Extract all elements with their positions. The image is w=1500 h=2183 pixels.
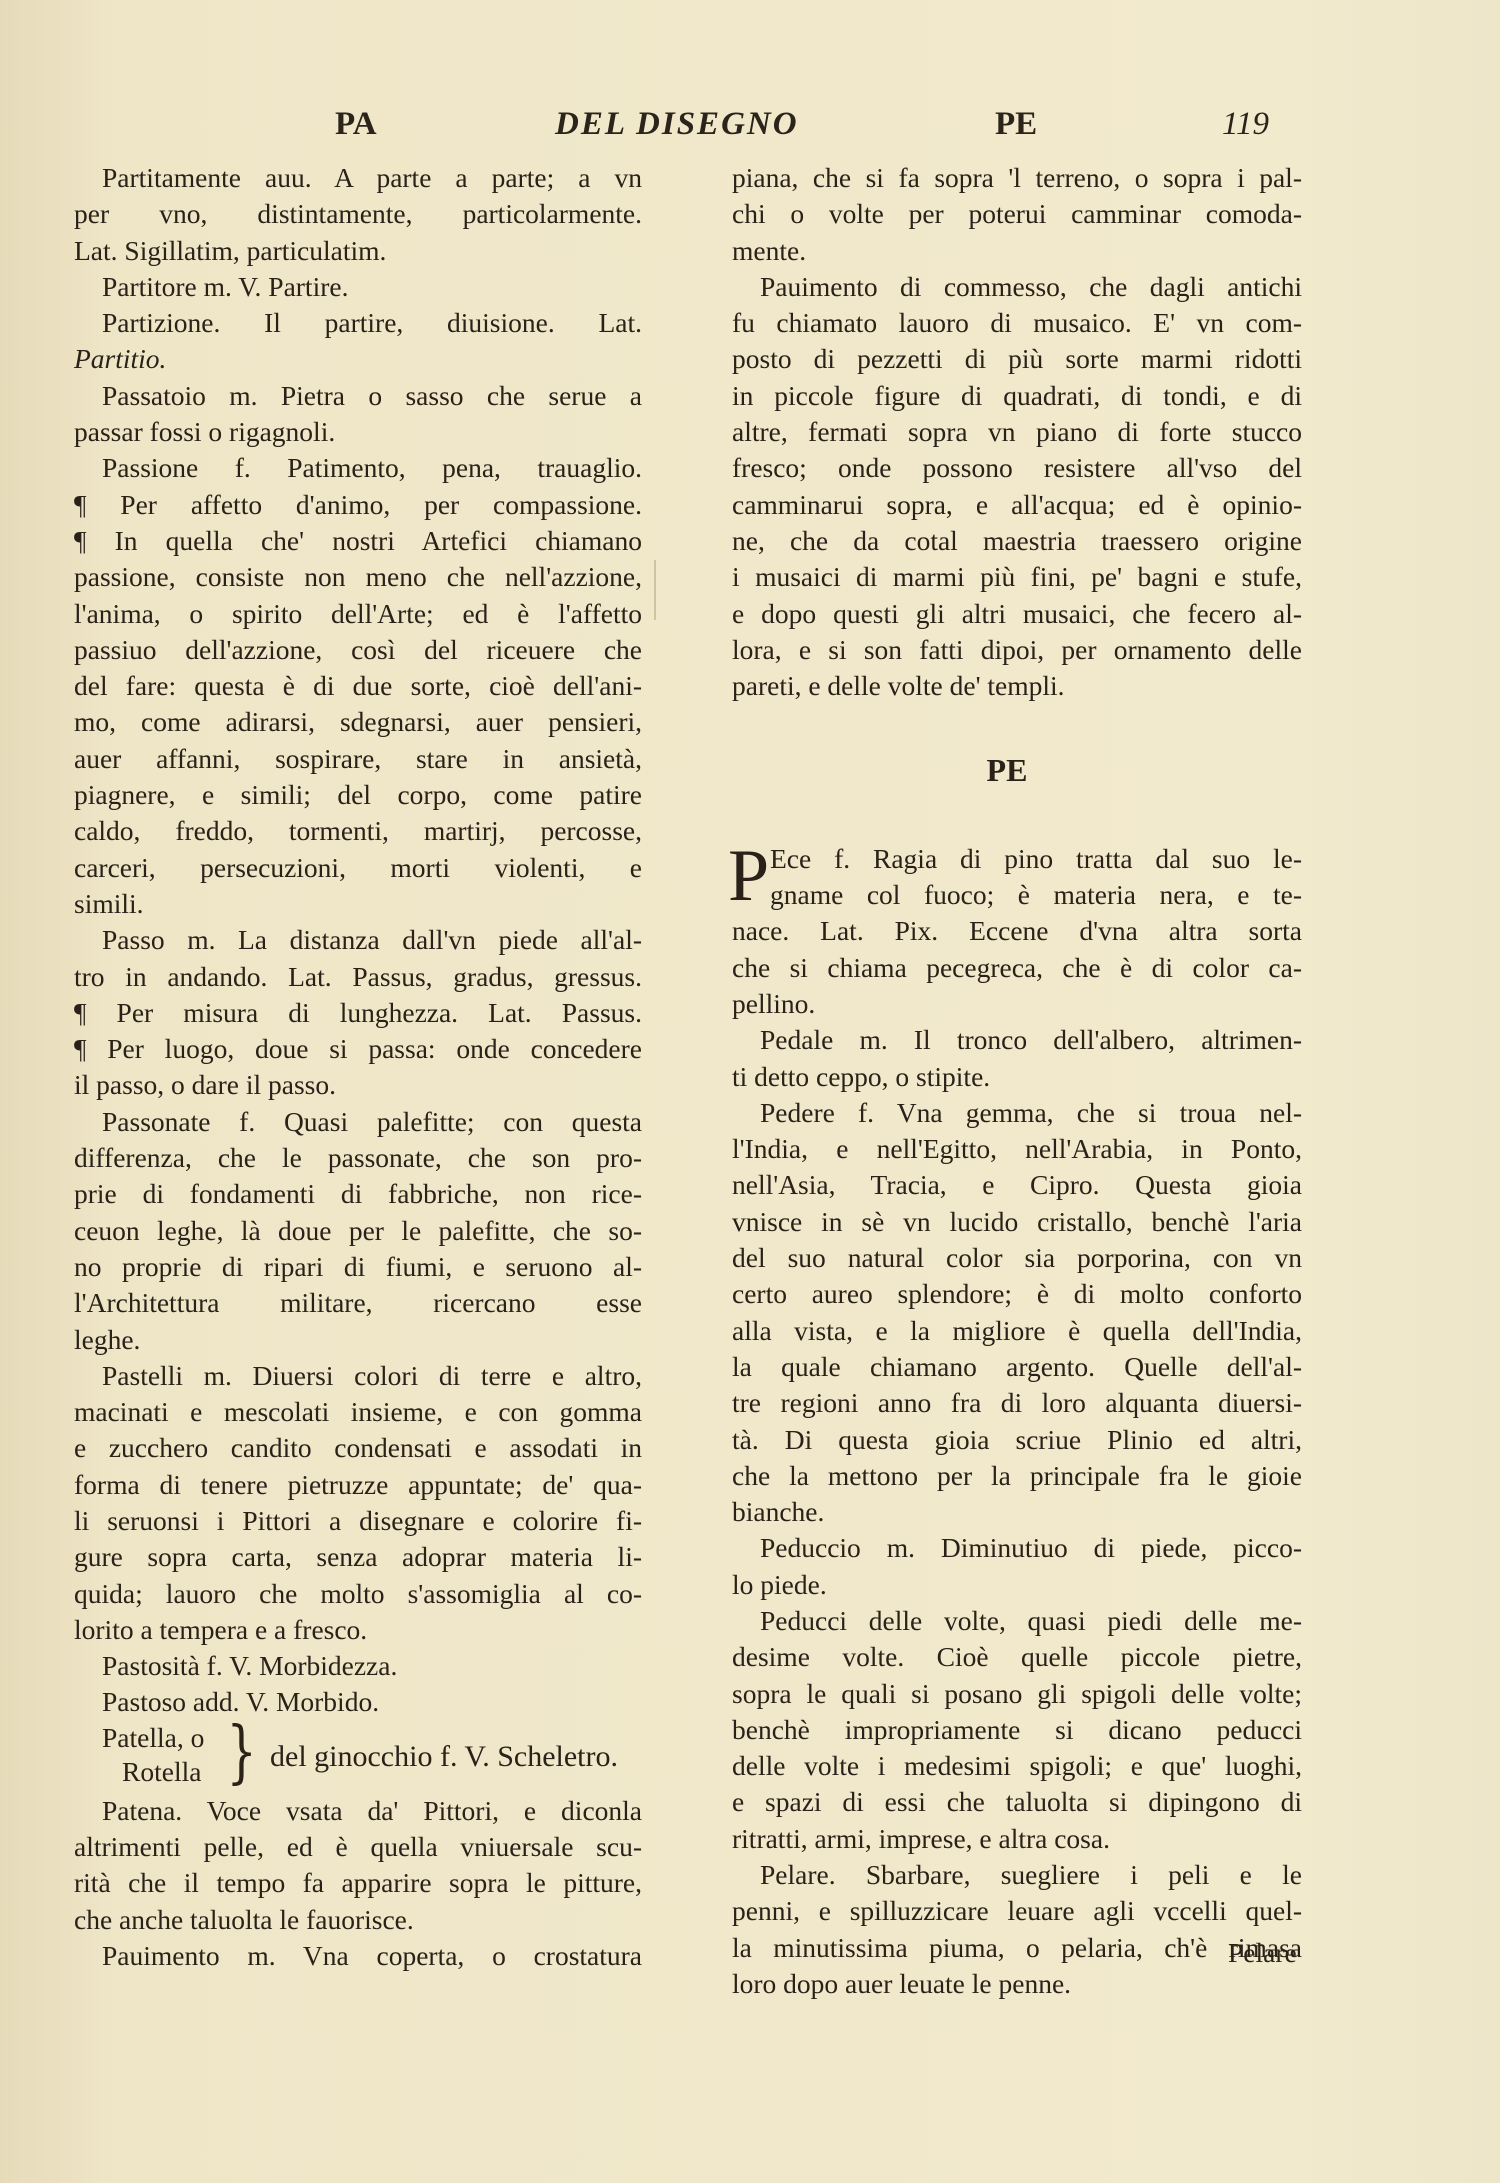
text-line: pareti, e delle volte de' templi. bbox=[732, 668, 1302, 704]
text-line: bianche. bbox=[732, 1494, 1302, 1530]
text-line: il passo, o dare il passo. bbox=[74, 1067, 642, 1103]
text-line: ritratti, armi, imprese, e altra cosa. bbox=[732, 1821, 1302, 1857]
text-line: desime volte. Cioè quelle piccole pietre… bbox=[732, 1639, 1302, 1675]
text-line: fu chiamato lauoro di musaico. E' vn com… bbox=[732, 305, 1302, 341]
subsense-line: ¶ Per luogo, doue si passa: onde concede… bbox=[74, 1031, 642, 1067]
text-line: sopra le quali si posano gli spigoli del… bbox=[732, 1676, 1302, 1712]
text-line: per vno, distintamente, particolarmente. bbox=[74, 196, 642, 232]
text-line: prie di fondamenti di fabbriche, non ric… bbox=[74, 1176, 642, 1212]
text-line: lorito a tempera e a fresco. bbox=[74, 1612, 642, 1648]
page-number: 119 bbox=[1222, 106, 1269, 143]
text-line: che si chiama pecegreca, che è di color … bbox=[732, 950, 1302, 986]
text-line: tà. Di questa gioia scriue Plinio ed alt… bbox=[732, 1422, 1302, 1458]
term-rotella: Rotella bbox=[102, 1755, 204, 1789]
entry-pedale: Pedale m. Il tronco dell'albero, altrime… bbox=[732, 1022, 1302, 1058]
running-head-left-letters: PA bbox=[335, 106, 377, 143]
text-line: tre regioni anno fra di loro alquanta di… bbox=[732, 1385, 1302, 1421]
text-line: alla vista, e la migliore è quella dell'… bbox=[732, 1313, 1302, 1349]
text-line: e dopo questi gli altri musaici, che fec… bbox=[732, 596, 1302, 632]
text-line: ti detto ceppo, o stipite. bbox=[732, 1059, 1302, 1095]
text-line: tro in andando. Lat. Passus, gradus, gre… bbox=[74, 959, 642, 995]
text-line: loro dopo auer leuate le penne. bbox=[732, 1966, 1302, 2002]
running-head-title: DEL DISEGNO bbox=[555, 106, 799, 143]
entry-patella-rotella: Patella, o Rotella } del ginocchio f. V.… bbox=[74, 1721, 642, 1793]
subsense-line: ¶ In quella che' nostri Artefici chiaman… bbox=[74, 523, 642, 559]
text-line: del suo natural color sia porporina, con… bbox=[732, 1240, 1302, 1276]
text-line: passar fossi o rigagnoli. bbox=[74, 414, 642, 450]
text-line: passiuo dell'azzione, così del riceuere … bbox=[74, 632, 642, 668]
entry-peducci: Peducci delle volte, quasi piedi delle m… bbox=[732, 1603, 1302, 1639]
entry-partitore: Partitore m. V. Partire. bbox=[74, 269, 642, 305]
entry-partizione: Partizione. Il partire, diuisione. Lat. bbox=[74, 305, 642, 341]
running-head-right-letters: PE bbox=[995, 106, 1037, 143]
text-line: li seruonsi i Pittori a disegnare e colo… bbox=[74, 1503, 642, 1539]
text-line: rità che il tempo fa apparire sopra le p… bbox=[74, 1865, 642, 1901]
text-line: fresco; onde possono resistere all'vso d… bbox=[732, 450, 1302, 486]
term-patella: Patella, o bbox=[102, 1721, 204, 1755]
text-line: quida; lauoro che molto s'assomiglia al … bbox=[74, 1576, 642, 1612]
text-line: delle volte i medesimi spigoli; e que' l… bbox=[732, 1748, 1302, 1784]
entry-pece: P Ece f. Ragia di pino tratta dal suo le… bbox=[732, 841, 1302, 914]
text-line: Ece f. Ragia di pino tratta dal suo le- bbox=[770, 841, 1302, 877]
catchword: Pelare bbox=[1228, 1937, 1297, 1969]
text-line: gname col fuoco; è materia nera, e te- bbox=[770, 877, 1302, 913]
entry-pedere: Pedere f. Vna gemma, che si troua nel- bbox=[732, 1095, 1302, 1131]
curly-brace-icon: } bbox=[226, 1717, 256, 1789]
drop-cap: P bbox=[728, 843, 769, 909]
text-line: la quale chiamano argento. Quelle dell'a… bbox=[732, 1349, 1302, 1385]
left-column: Partitamente auu. A parte a parte; a vn … bbox=[74, 160, 642, 1974]
text-line: e zucchero candito condensati e assodati… bbox=[74, 1430, 642, 1466]
text-line: che anche taluolta le fauorisce. bbox=[74, 1902, 642, 1938]
text-line: simili. bbox=[74, 886, 642, 922]
text-line: ceuon leghe, là doue per le palefitte, c… bbox=[74, 1213, 642, 1249]
text-line: i musaici di marmi più fini, pe' bagni e… bbox=[732, 559, 1302, 595]
text-line: in piccole figure di quadrati, di tondi,… bbox=[732, 378, 1302, 414]
entry-pastoso: Pastoso add. V. Morbido. bbox=[74, 1684, 642, 1720]
text-line: la minutissima piuma, o pelaria, ch'è ri… bbox=[732, 1930, 1302, 1966]
text-line: differenza, che le passonate, che son pr… bbox=[74, 1140, 642, 1176]
subsense-line: ¶ Per affetto d'animo, per compassione. bbox=[74, 487, 642, 523]
text-line: chi o volte per poterui camminar comoda- bbox=[732, 196, 1302, 232]
text-line: posto di pezzetti di più sorte marmi rid… bbox=[732, 341, 1302, 377]
entry-pastosita: Pastosità f. V. Morbidezza. bbox=[74, 1648, 642, 1684]
text-line: lora, e si son fatti dipoi, per ornament… bbox=[732, 632, 1302, 668]
running-head: PA DEL DISEGNO PE 119 bbox=[0, 106, 1500, 146]
text-line: macinati e mescolati insieme, e con gomm… bbox=[74, 1394, 642, 1430]
text-line: auer affanni, sospirare, stare in ansiet… bbox=[74, 741, 642, 777]
text-line: mente. bbox=[732, 233, 1302, 269]
text-line: l'anima, o spirito dell'Arte; ed è l'aff… bbox=[74, 596, 642, 632]
text-line: che la mettono per la principale fra le … bbox=[732, 1458, 1302, 1494]
entry-pauimento: Pauimento m. Vna coperta, o crostatura bbox=[74, 1938, 642, 1974]
right-column: piana, che si fa sopra 'l terreno, o sop… bbox=[732, 160, 1302, 2002]
text-line: altrimenti pelle, ed è quella vniuersale… bbox=[74, 1829, 642, 1865]
text-line: certo aureo splendore; è di molto confor… bbox=[732, 1276, 1302, 1312]
text-line: gure sopra carta, senza adoprar materia … bbox=[74, 1539, 642, 1575]
entry-partitamente: Partitamente auu. A parte a parte; a vn bbox=[74, 160, 642, 196]
text-line: benchè impropriamente si dicano peducci bbox=[732, 1712, 1302, 1748]
text-line: carceri, persecuzioni, morti violenti, e bbox=[74, 850, 642, 886]
text-line: l'India, e nell'Egitto, nell'Arabia, in … bbox=[732, 1131, 1302, 1167]
text-line: del fare: questa è di due sorte, cioè de… bbox=[74, 668, 642, 704]
section-heading: PE bbox=[732, 752, 1302, 788]
text-line: Partitio. bbox=[74, 341, 642, 377]
text-line: caldo, freddo, tormenti, martirj, percos… bbox=[74, 813, 642, 849]
book-page: PA DEL DISEGNO PE 119 Partitamente auu. … bbox=[0, 0, 1500, 2183]
text-line: mo, come adirarsi, sdegnarsi, auer pensi… bbox=[74, 704, 642, 740]
text-line: forma di tenere pietruzze appuntate; de'… bbox=[74, 1467, 642, 1503]
text-line: passione, consiste non meno che nell'azz… bbox=[74, 559, 642, 595]
entry-patena: Patena. Voce vsata da' Pittori, e diconl… bbox=[74, 1793, 642, 1829]
text-line: altre, fermati sopra vn piano di forte s… bbox=[732, 414, 1302, 450]
entry-pastelli: Pastelli m. Diuersi colori di terre e al… bbox=[74, 1358, 642, 1394]
entry-passonate: Passonate f. Quasi palefitte; con questa bbox=[74, 1104, 642, 1140]
text-line: e spazi di essi che taluolta si dipingon… bbox=[732, 1784, 1302, 1820]
text-line: leghe. bbox=[74, 1322, 642, 1358]
text-line: Lat. Sigillatim, particulatim. bbox=[74, 233, 642, 269]
text-line: pellino. bbox=[732, 986, 1302, 1022]
entry-peduccio: Peduccio m. Diminutiuo di piede, picco- bbox=[732, 1530, 1302, 1566]
brace-definition: del ginocchio f. V. Scheletro. bbox=[270, 1739, 618, 1775]
text-line: l'Architettura militare, ricercano esse bbox=[74, 1285, 642, 1321]
entry-pelare: Pelare. Sbarbare, suegliere i peli e le bbox=[732, 1857, 1302, 1893]
text-line: piana, che si fa sopra 'l terreno, o sop… bbox=[732, 160, 1302, 196]
entry-passo: Passo m. La distanza dall'vn piede all'a… bbox=[74, 922, 642, 958]
text-line: nace. Lat. Pix. Eccene d'vna altra sorta bbox=[732, 913, 1302, 949]
text-line: no proprie di ripari di fiumi, e seruono… bbox=[74, 1249, 642, 1285]
text-line: piagnere, e simili; del corpo, come pati… bbox=[74, 777, 642, 813]
text-line: penni, e spilluzzicare leuare agli vccel… bbox=[732, 1893, 1302, 1929]
entry-pauimento-di-commesso: Pauimento di commesso, che dagli antichi bbox=[732, 269, 1302, 305]
column-gutter-mark bbox=[654, 560, 656, 620]
text-line: camminarui sopra, e all'acqua; ed è opin… bbox=[732, 487, 1302, 523]
text-line: ne, che da cotal maestria traessero orig… bbox=[732, 523, 1302, 559]
entry-passione: Passione f. Patimento, pena, trauaglio. bbox=[74, 450, 642, 486]
text-line: vnisce in sè vn lucido cristallo, benchè… bbox=[732, 1204, 1302, 1240]
entry-passatoio: Passatoio m. Pietra o sasso che serue a bbox=[74, 378, 642, 414]
text-line: lo piede. bbox=[732, 1567, 1302, 1603]
text-line: nell'Asia, Tracia, e Cipro. Questa gioia bbox=[732, 1167, 1302, 1203]
subsense-line: ¶ Per misura di lunghezza. Lat. Passus. bbox=[74, 995, 642, 1031]
